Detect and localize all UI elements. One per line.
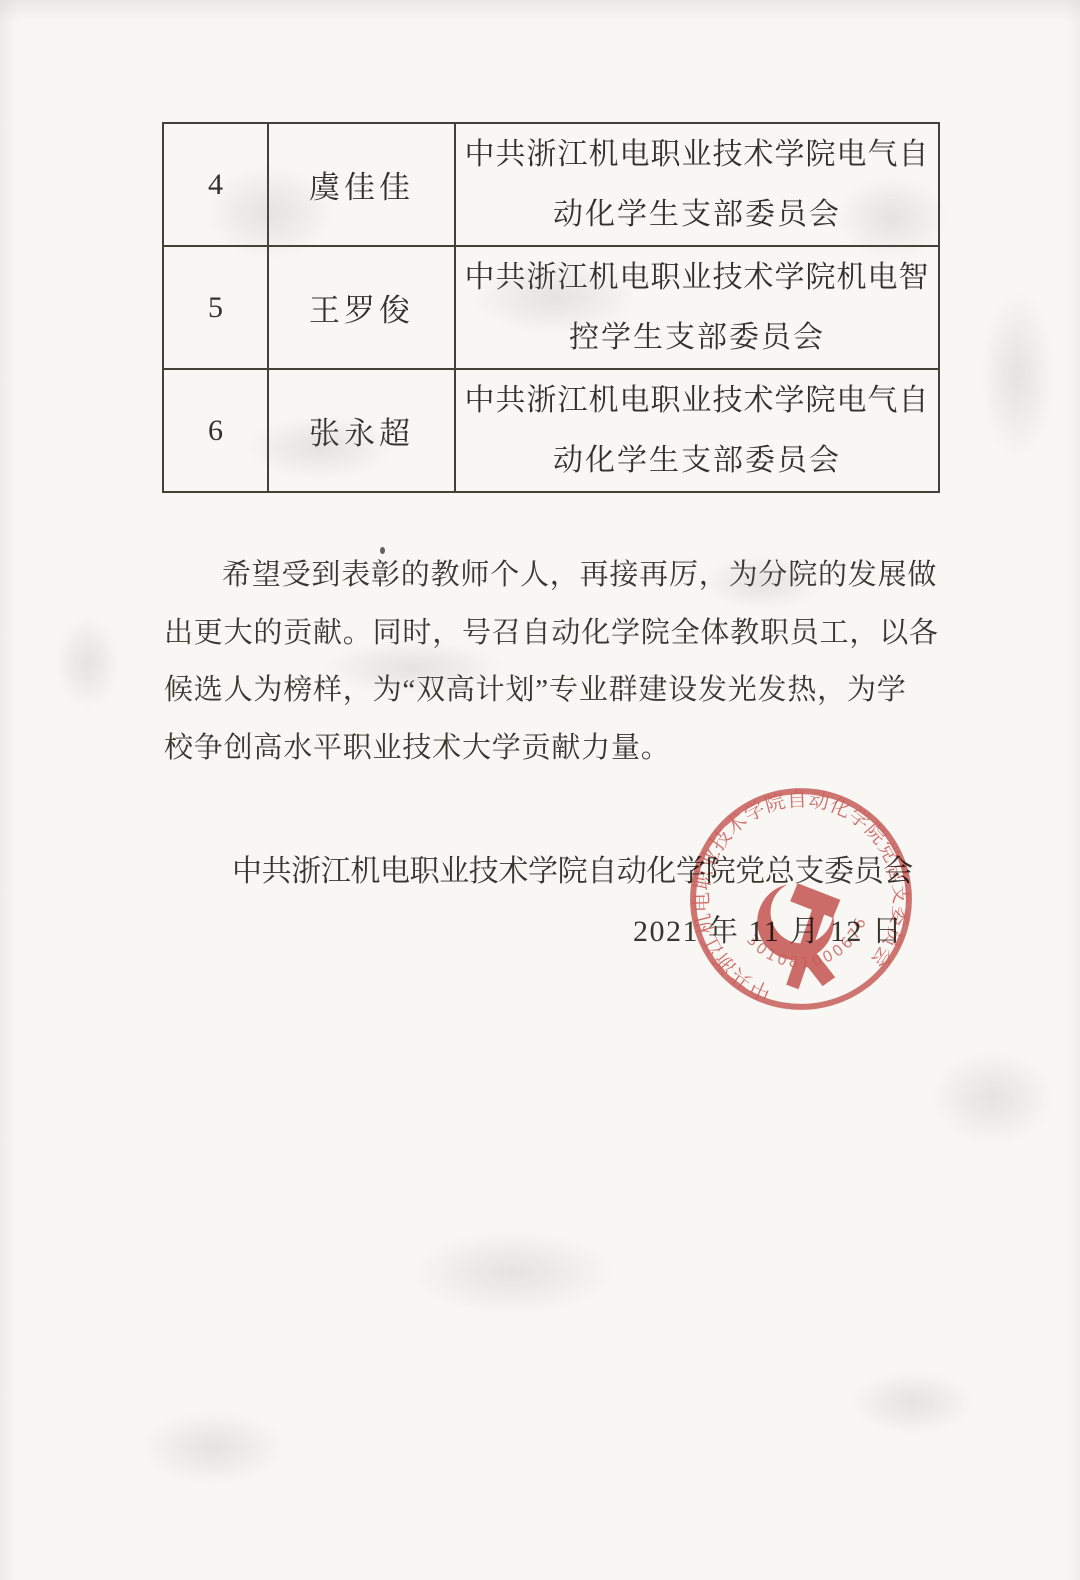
row-number: 4 (163, 123, 268, 246)
org-line1: 中共浙江机电职业技术学院电气自 (456, 125, 938, 185)
awardee-organization: 中共浙江机电职业技术学院机电智 控学生支部委员会 (455, 246, 939, 369)
org-line2: 控学生支部委员会 (456, 308, 938, 368)
table-row: 6 张永超 中共浙江机电职业技术学院电气自 动化学生支部委员会 (163, 369, 939, 492)
paragraph-line: 校争创高水平职业技术大学贡献力量。 (164, 720, 944, 778)
row-number: 5 (163, 246, 268, 369)
bleed-through-smudge (55, 615, 120, 710)
table-row: 4 虞佳佳 中共浙江机电职业技术学院电气自 动化学生支部委员会 (163, 123, 939, 246)
bleed-through-smudge (140, 1410, 285, 1485)
paragraph-line: 希望受到表彰的教师个人，再接再厉，为分院的发展做 (164, 547, 944, 605)
official-seal: 中共浙江机电职业技术学院自动化学院党总支委员会 3010810006765 (657, 755, 944, 1042)
bleed-through-smudge (850, 1370, 975, 1435)
seal-serial-code: 3010810006765 (657, 755, 878, 996)
bleed-through-smudge (410, 1230, 615, 1315)
awardee-name: 张永超 (268, 369, 455, 492)
paragraph-line: 候选人为榜样，为“双高计划”专业群建设发光发热，为学 (164, 662, 944, 720)
awardee-organization: 中共浙江机电职业技术学院电气自 动化学生支部委员会 (455, 369, 939, 492)
document-page: 4 虞佳佳 中共浙江机电职业技术学院电气自 动化学生支部委员会 5 王罗俊 中共… (0, 0, 1080, 1580)
awardee-organization: 中共浙江机电职业技术学院电气自 动化学生支部委员会 (455, 123, 939, 246)
closing-paragraph: 希望受到表彰的教师个人，再接再厉，为分院的发展做 出更大的贡献。同时，号召自动化… (164, 547, 944, 777)
row-number: 6 (163, 369, 268, 492)
awardee-name: 虞佳佳 (268, 123, 455, 246)
bleed-through-smudge (980, 290, 1055, 460)
org-line2: 动化学生支部委员会 (456, 185, 938, 245)
table-row: 5 王罗俊 中共浙江机电职业技术学院机电智 控学生支部委员会 (163, 246, 939, 369)
hammer-sickle-icon (750, 874, 857, 997)
org-line1: 中共浙江机电职业技术学院机电智 (456, 248, 938, 308)
paragraph-line: 出更大的贡献。同时，号召自动化学院全体教职员工，以各 (164, 605, 944, 663)
awardee-table: 4 虞佳佳 中共浙江机电职业技术学院电气自 动化学生支部委员会 5 王罗俊 中共… (162, 122, 940, 493)
bleed-through-smudge (930, 1050, 1055, 1145)
org-line2: 动化学生支部委员会 (456, 431, 938, 491)
awardee-name: 王罗俊 (268, 246, 455, 369)
org-line1: 中共浙江机电职业技术学院电气自 (456, 371, 938, 431)
